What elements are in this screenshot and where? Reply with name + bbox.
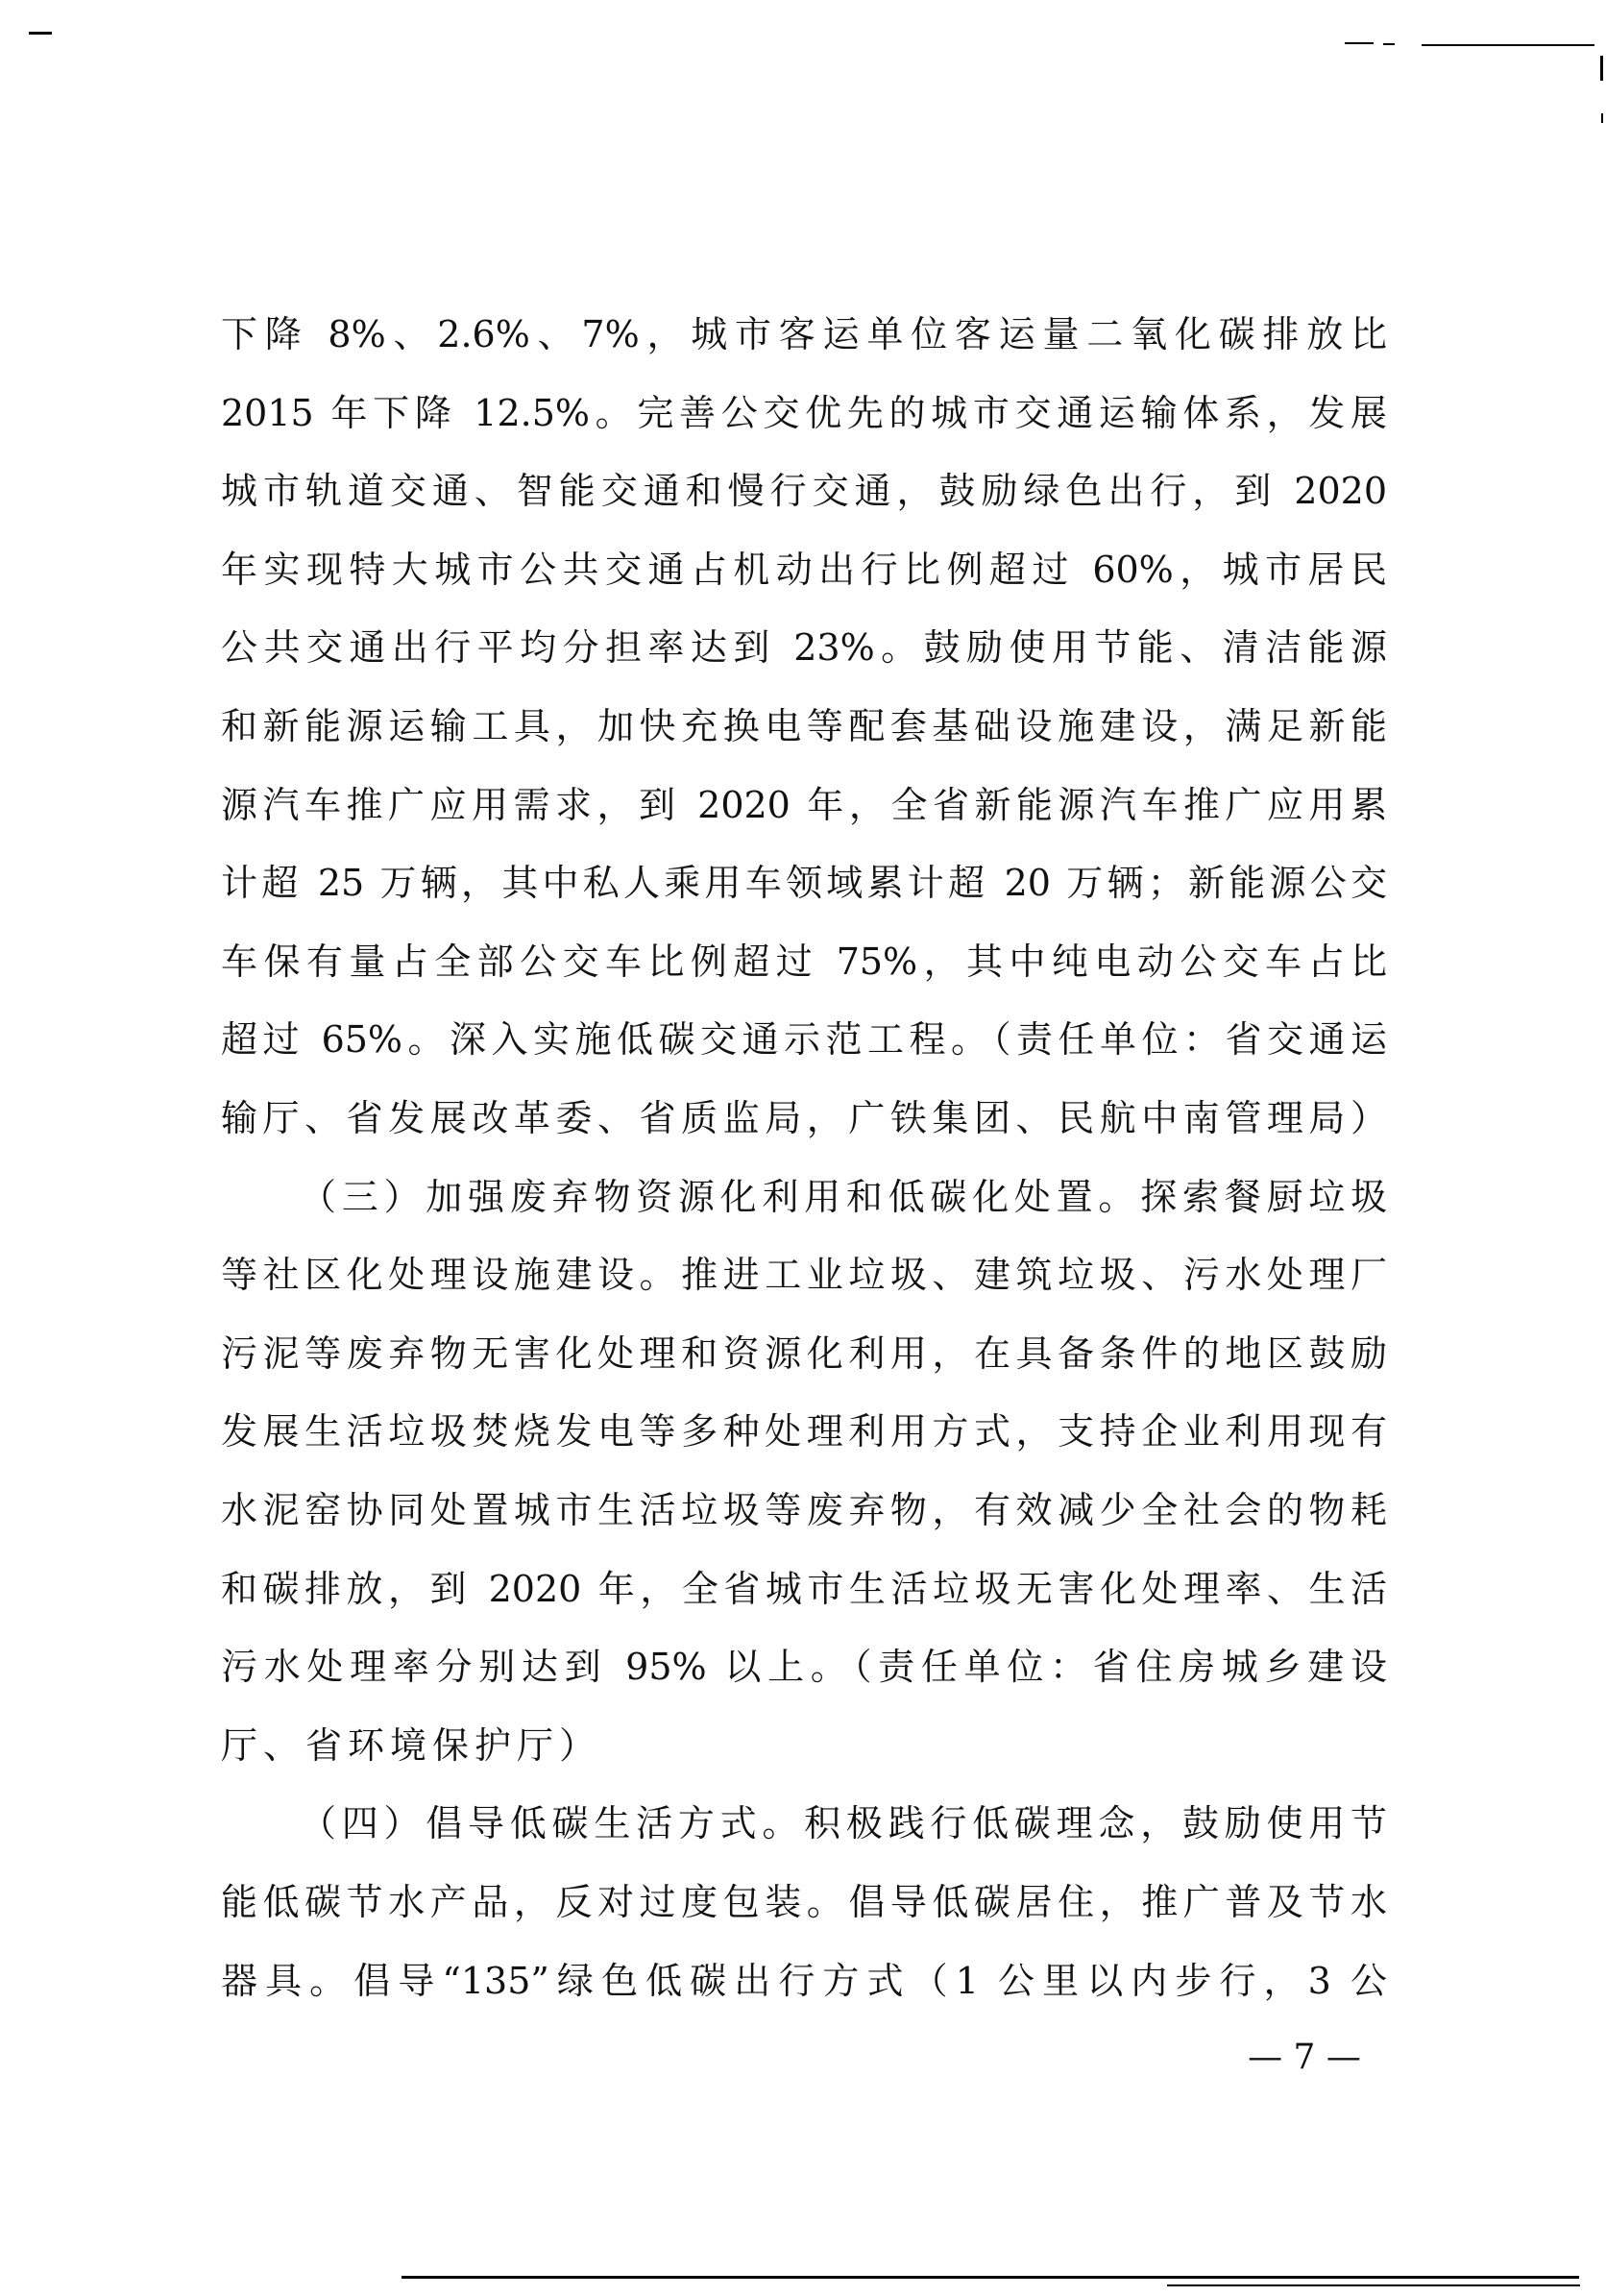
text-line: 车保有量占全部公交车比例超过 75%，其中纯电动公交车占比 bbox=[221, 940, 1387, 983]
text-line: 超过 65%。深入实施低碳交通示范工程。（责任单位：省交通运 bbox=[221, 1018, 1387, 1061]
text-line: 能低碳节水产品，反对过度包装。倡导低碳居住，推广普及节水 bbox=[221, 1881, 1387, 1923]
text-line: 输厅、省发展改革委、省质监局，广铁集团、民航中南管理局） bbox=[221, 1097, 1387, 1139]
text-line: 和新能源运输工具，加快充换电等配套基础设施建设，满足新能 bbox=[221, 705, 1387, 747]
section-heading-line: （三）加强废弃物资源化利用和低碳化处置。探索餐厨垃圾 bbox=[300, 1176, 1387, 1218]
scan-line-bottom-2 bbox=[1167, 2284, 1580, 2286]
page-number: — 7 — bbox=[1237, 2037, 1372, 2079]
text-line: 源汽车推广应用需求，到 2020 年，全省新能源汽车推广应用累 bbox=[221, 784, 1387, 826]
scan-mark-top-right-1 bbox=[1345, 42, 1374, 44]
text-line: 下降 8%、2.6%、7%，城市客运单位客运量二氧化碳排放比 bbox=[221, 313, 1387, 355]
scan-mark-right-edge bbox=[1600, 56, 1603, 81]
text-line: 污水处理率分别达到 95% 以上。（责任单位：省住房城乡建设 bbox=[221, 1646, 1387, 1688]
scan-mark-right-edge-2 bbox=[1601, 113, 1603, 123]
document-page: 下降 8%、2.6%、7%，城市客运单位客运量二氧化碳排放比 2015 年下降 … bbox=[0, 0, 1606, 2296]
text-line: 发展生活垃圾焚烧发电等多种处理利用方式，支持企业利用现有 bbox=[221, 1410, 1387, 1453]
scan-line-bottom-1 bbox=[401, 2276, 1579, 2279]
text-line: 公共交通出行平均分担率达到 23%。鼓励使用节能、清洁能源 bbox=[221, 626, 1387, 669]
section-heading-line: （四）倡导低碳生活方式。积极践行低碳理念，鼓励使用节 bbox=[300, 1802, 1387, 1844]
text-line: 污泥等废弃物无害化处理和资源化利用，在具备条件的地区鼓励 bbox=[221, 1332, 1387, 1375]
text-line: 器具。倡导“135”绿色低碳出行方式（1 公里以内步行，3 公 bbox=[221, 1960, 1387, 2002]
text-line: 城市轨道交通、智能交通和慢行交通，鼓励绿色出行，到 2020 bbox=[221, 470, 1387, 512]
text-line: 等社区化处理设施建设。推进工业垃圾、建筑垃圾、污水处理厂 bbox=[221, 1254, 1387, 1296]
text-line: 年实现特大城市公共交通占机动出行比例超过 60%，城市居民 bbox=[221, 549, 1387, 591]
text-line: 2015 年下降 12.5%。完善公交优先的城市交通运输体系，发展 bbox=[221, 392, 1387, 434]
scan-mark-top-left bbox=[29, 32, 52, 35]
scan-mark-top-right-2 bbox=[1383, 43, 1395, 45]
text-line: 厅、省环境保护厅） bbox=[221, 1724, 1387, 1767]
text-line: 和碳排放，到 2020 年，全省城市生活垃圾无害化处理率、生活 bbox=[221, 1568, 1387, 1610]
scan-mark-top-right-3 bbox=[1422, 44, 1594, 46]
text-line: 水泥窑协同处置城市生活垃圾等废弃物，有效减少全社会的物耗 bbox=[221, 1489, 1387, 1531]
text-line: 计超 25 万辆，其中私人乘用车领域累计超 20 万辆；新能源公交 bbox=[221, 862, 1387, 904]
